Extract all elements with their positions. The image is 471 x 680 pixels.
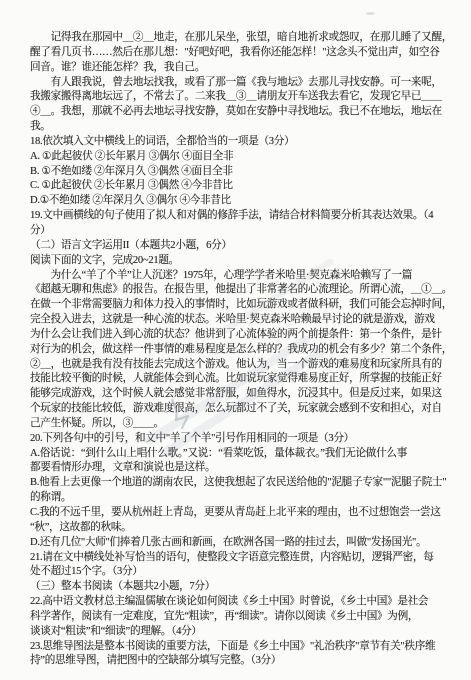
text-line-12: D.①不绝如缕 ②年深月久 ③偶尔 ④今非昔比: [30, 194, 454, 209]
text-line-9: A. ①此起彼伏 ②长年累月 ③偶尔 ④面目全非: [30, 150, 454, 165]
text-line-25: 能够完成游戏，这个时候人就会感觉非常舒服，如鱼得水，沉浸其中。但是反过来，如果这: [30, 387, 454, 402]
text-line-43: 持”的思维导图，请把图中的空缺部分填写完整。（3分）: [30, 654, 454, 669]
text-line-34: “秋”，这故都的秋味。: [30, 521, 454, 536]
text-line-31: B.他看上去更像一个地道的湖南农民，这使我想起了农民送给他的"泥腿子专家""泥腿…: [30, 476, 454, 491]
text-line-39: 22.高中语文教材总主编温儒敏在谈论如何阅读《乡土中国》时曾说，《乡土中国》是社…: [30, 595, 454, 610]
text-line-28: 20.下列各句中的引号，和文中"羊了个羊"引号作用相同的一项是（3分）: [30, 432, 454, 447]
text-line-37: 处不超过15个字。（3分）: [30, 565, 454, 580]
text-line-4: 有人跟我说，曾去地坛找我，或看了那一篇《我与地坛》去那儿寻找安静。可一来呢，: [30, 76, 454, 91]
text-line-2: 醒了看几页书……然后在那儿想："好吧好吧，我看你还能怎样！"这念头不觉出声，如空…: [30, 46, 454, 61]
text-line-38: （三）整本书阅读（本题共2小题，7分）: [30, 580, 454, 595]
text-line-11: C. ①此起彼伏 ②长年累月 ③偶然 ④今非昔比: [30, 179, 454, 194]
text-line-40: 科学著作，阅读有一定难度，宜先“粗读”，再“细读”。请你以阅读《乡土中国》为例，: [30, 610, 454, 625]
text-line-33: C.我的不远千里，要从杭州赶上青岛，更要从青岛赶上北平来的理由，也不过想饱尝一尝…: [30, 506, 454, 521]
text-line-42: 23.思维导图法是整本书阅读的重要方法，下面是《乡土中国》"礼治秩序"章节有关"…: [30, 640, 454, 655]
text-line-18: 《超越无聊和焦虑》的报告。在报告里，他提出了非常著名的心流理论。所谓心流，＿①＿…: [30, 283, 454, 298]
text-line-14: 分）: [30, 224, 454, 239]
text-line-26: 个玩家的技能比较低，游戏难度很高，怎么玩都过不了关，玩家就会感到不安和担心，对自: [30, 402, 454, 417]
text-line-15: （二）语言文字运用II（本题共2小题，6分）: [30, 239, 454, 254]
text-line-41: 谈谈对“粗读”和“细读”的理解。（4分）: [30, 625, 454, 640]
text-line-20: 完全投入进去，这就是一种心流的状态。米哈里·契克森米哈赖最早讨论的就是游戏，游戏: [30, 313, 454, 328]
text-line-13: 19.文中画横线的句子使用了拟人和对偶的修辞手法，请结合材料简要分析其表达效果。…: [30, 209, 454, 224]
text-line-21: 为什么会让我们进入到心流的状态？他讲到了心流体验的两个前提条件：第一个条件，是针: [30, 328, 454, 343]
text-line-22: 对行为的机会，做这样一件事情的难易程度是怎么样的？我成功的机会有多少？第二个条件…: [30, 343, 454, 358]
text-line-30: 都要看情形办理，文章和演说也是这样。: [30, 461, 454, 476]
text-line-17: 为什么“羊了个羊”让人沉迷？1975年，心理学学者米哈里·契克森米哈赖写了一篇: [30, 269, 454, 284]
text-line-8: 18.依次填入文中横线上的词语，全都恰当的一项是（3分）: [30, 135, 454, 150]
scan-smudge: [366, 12, 375, 15]
text-line-7: 我。: [30, 120, 454, 135]
text-line-19: 在做一个非常需要脑力和体力投入的事情时，比如玩游戏或者做科研，我们可能会忘掉时间…: [30, 298, 454, 313]
text-line-6: ④＿。我想，那就不必再去地坛寻找安静，莫如在安静中寻找地坛。我已不在地坛，地坛在: [30, 105, 454, 120]
text-line-35: D.还有几位"大师"们捧着几张古画和新画，在欧洲各国一路的挂过去，叫做"发扬国光…: [30, 536, 454, 551]
text-line-24: 技能比较平衡的时候，人就能体会到心流。比如说玩家觉得难易度正好，所掌握的技能正好: [30, 372, 454, 387]
text-line-23: ②＿，也就是我有没有技能去完成这个游戏。他认为，当一个游戏的难易度和玩家所具有的: [30, 358, 454, 373]
text-line-29: A.俗话说：“到什么山上唱什么歌。”又说：“看菜吃饭，量体裁衣。”我们无论做什么…: [30, 447, 454, 462]
text-line-5: 我搬家搬得离地坛远了，不常去了。二来我＿③＿请朋友开车送我去看它，发现它早已＿＿: [30, 90, 454, 105]
text-line-10: B. ①不绝如缕 ②年深月久 ③偶然 ④面目全非: [30, 165, 454, 180]
scanned-exam-page: 记得我在那园中＿②＿地走，在那儿呆坐，张望，暗自地祈求或怨叹，在那儿睡了又醒，醒…: [0, 0, 471, 680]
text-line-32: 的称谓。: [30, 491, 454, 506]
text-line-1: 记得我在那园中＿②＿地走，在那儿呆坐，张望，暗自地祈求或怨叹，在那儿睡了又醒，: [30, 31, 454, 46]
text-line-36: 21.请在文中横线处补写恰当的语句，使整段文字语意完整连贯，内容贴切，逻辑严密，…: [30, 551, 454, 566]
text-line-16: 阅读下面的文字，完成20~21题。: [30, 254, 454, 269]
text-line-27: 己产生怀疑。所以，③＿＿。: [30, 417, 454, 432]
document-text: 记得我在那园中＿②＿地走，在那儿呆坐，张望，暗自地祈求或怨叹，在那儿睡了又醒，醒…: [30, 31, 454, 669]
text-line-3: 回音。谁？谁还能怎样？我，我自己。: [30, 61, 454, 76]
